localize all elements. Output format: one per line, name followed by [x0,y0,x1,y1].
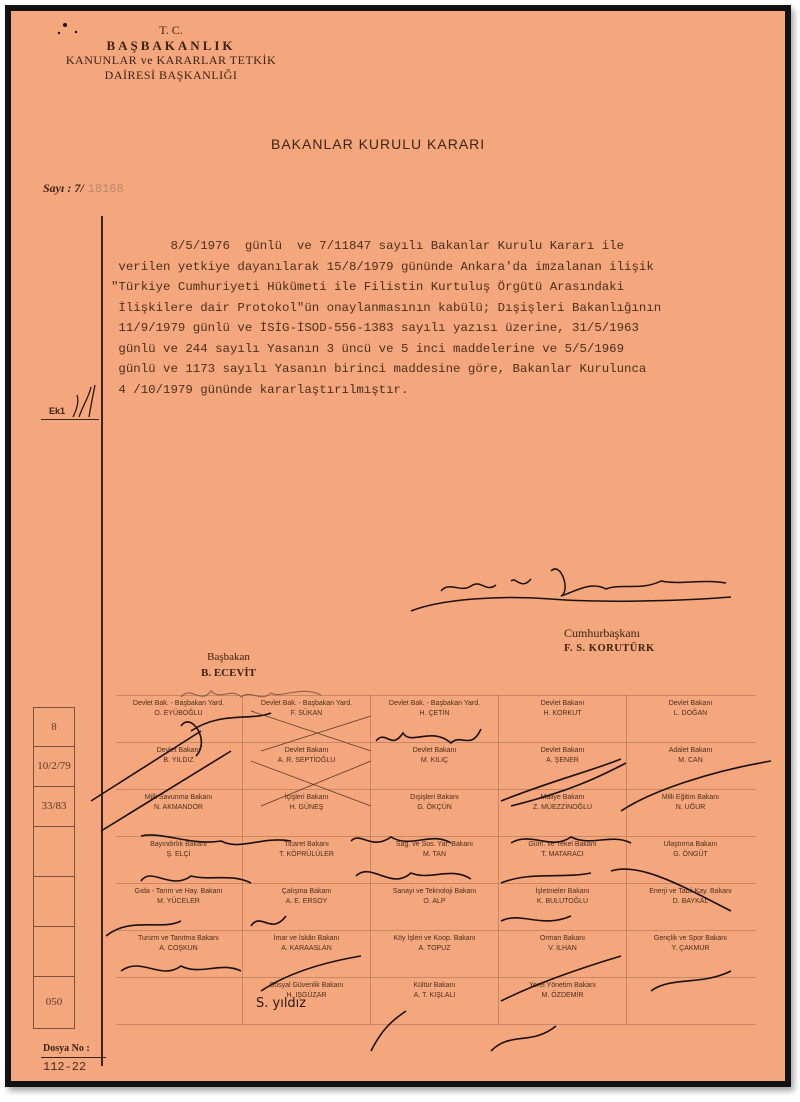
registry-stamp-cell: 050 [34,976,74,1029]
file-number: 112-22 [43,1060,86,1074]
registry-stamp-cell [34,876,74,927]
registry-stamp-cell: 33/83 [34,786,74,827]
document-page: T. C. BAŞBAKANLIK KANUNLAR ve KARARLAR T… [11,11,785,1081]
registry-stamp-cell [34,926,74,977]
minister-signatures [11,11,785,1081]
handwritten-replacement-name: S. yıldız [256,996,306,1011]
registry-stamp-cell: 8 [34,708,74,747]
registry-stamp-box: 810/2/7933/83050 [33,707,75,1029]
file-number-rule [41,1057,106,1058]
file-number-label: Dosya No : [43,1043,90,1054]
registry-stamp-cell [34,826,74,877]
registry-stamp-cell: 10/2/79 [34,746,74,787]
